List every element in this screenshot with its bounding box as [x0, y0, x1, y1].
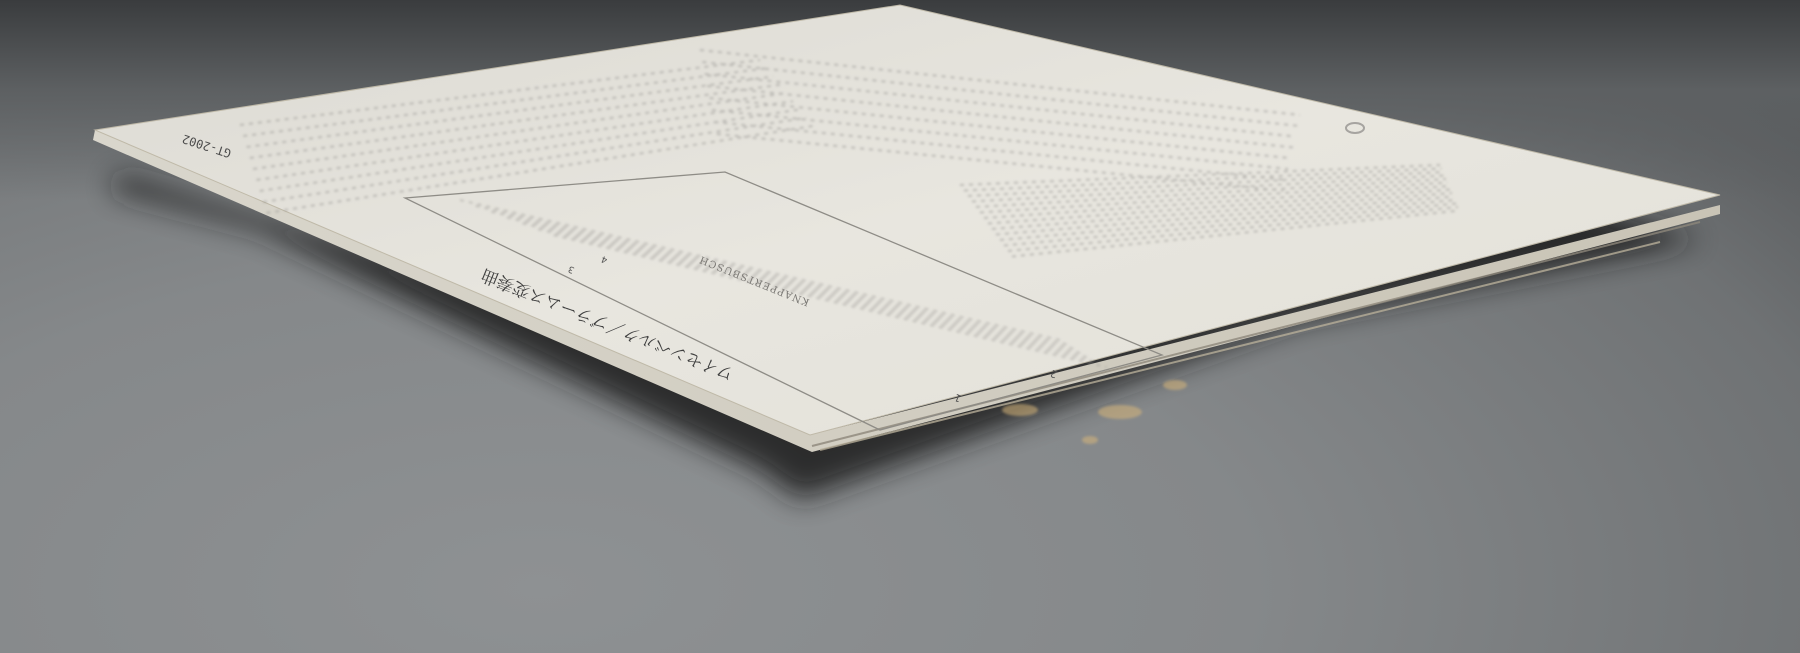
scene: GT-2002 ワイセンベルク／ブラームス変奏曲 KNAPPERTSBUSCH … [0, 0, 1800, 653]
record-jacket [95, 5, 1720, 435]
